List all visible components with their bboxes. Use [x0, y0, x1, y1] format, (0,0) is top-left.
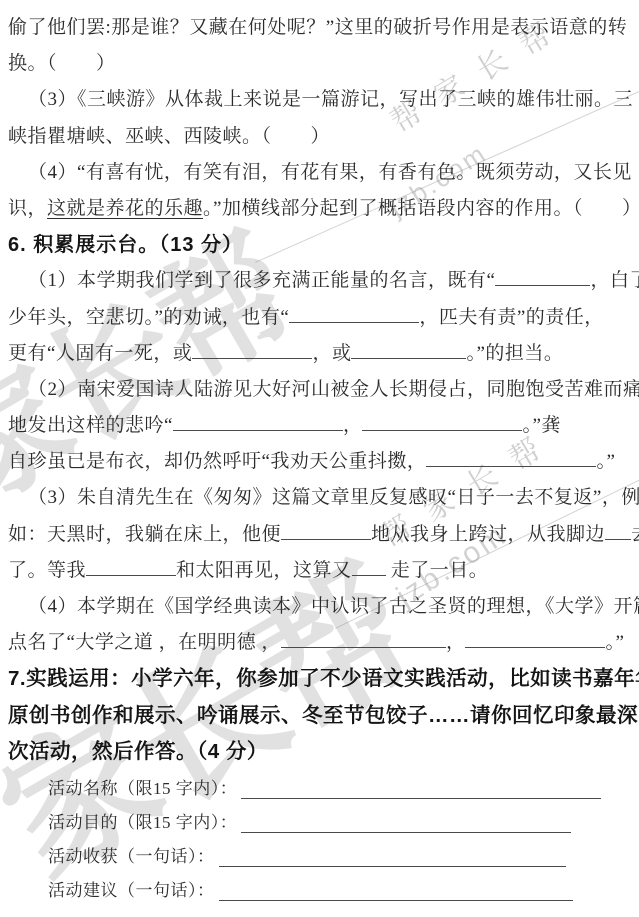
fill-in-blank — [86, 555, 176, 576]
fill-in-blank — [241, 778, 601, 799]
q6-item2-line2: 地发出这样的悲吟“，。”龚 — [8, 408, 631, 444]
text-segment: 地发出这样的悲吟“ — [8, 415, 173, 436]
activity-name-label: 活动名称（限15 字内）： — [48, 774, 237, 804]
q5-item3-line2: 峡指瞿塘峡、巫峡、西陵峡。（ ） — [8, 119, 631, 155]
q5-item2-line2: 换。（ ） — [8, 46, 631, 82]
activity-suggestion-row: 活动建议（一句话）： — [8, 872, 631, 906]
fill-in-blank — [219, 880, 574, 901]
text-segment: ，或 — [312, 343, 351, 364]
fill-in-blank — [605, 519, 631, 540]
text-segment: 自珍虽已是布衣，却仍然呼吁“我劝天公重抖擞， — [8, 451, 426, 472]
fill-in-blank — [352, 555, 386, 576]
text-segment: 了。等我 — [8, 560, 86, 581]
fill-in-blank — [289, 302, 419, 323]
text-segment: 。”加横线部分起到了概括语段内容的作用。（ ） — [203, 198, 639, 219]
text-segment: 如：天黑时，我躺在床上，他便 — [8, 524, 281, 545]
text-segment: 识， — [8, 198, 47, 219]
fill-in-blank — [219, 846, 567, 867]
q6-item4-line2: 点名了“大学之道 ，在明明德 ，，。” — [8, 625, 631, 661]
question-7-line2: 原创书创作和展示、吟诵展示、冬至节包饺子……请你回忆印象最深的一 — [8, 698, 631, 734]
text-segment: ，匹夫有责”的责任， — [419, 307, 603, 328]
question-7-line1: 7.实践运用：小学六年，你参加了不少语文实践活动，比如读书嘉年华、 — [8, 661, 631, 697]
q6-item1-line1: （1）本学期我们学到了很多充满正能量的名言，既有“，白了 — [8, 263, 631, 299]
text-segment: ， — [343, 415, 363, 436]
text-segment: 点名了“大学之道 ，在明明德 ， — [8, 632, 281, 653]
fill-in-blank — [281, 627, 446, 648]
q6-item3-line3: 了。等我和太阳再见，这算又 走了一日。 — [8, 553, 631, 589]
q6-item3-line2: 如：天黑时，我躺在床上，他便地从我身上跨过，从我脚边去 — [8, 517, 631, 553]
text-segment: 更有“人固有一死，或 — [8, 343, 192, 364]
q6-item1-line2: 少年头，空悲切。”的劝诫，也有“，匹夫有责”的责任， — [8, 300, 631, 336]
text-segment: （1）本学期我们学到了很多充满正能量的名言，既有“ — [28, 270, 495, 291]
exam-page-content: 偷了他们罢:那是谁？又藏在何处呢？”这里的破折号作用是表示语意的转 换。（ ） … — [0, 0, 639, 906]
question-7-line3: 次活动，然后作答。（4 分） — [8, 734, 631, 770]
q6-item2-line1: （2）南宋爱国诗人陆游见大好河山被金人长期侵占，同胞饱受苦难而痛苦 — [8, 372, 631, 408]
text-segment: 地从我身上跨过，从我脚边 — [371, 524, 605, 545]
text-segment: 。”龚 — [522, 415, 560, 436]
q5-item2-line1: 偷了他们罢:那是谁？又藏在何处呢？”这里的破折号作用是表示语意的转 — [8, 10, 631, 46]
fill-in-blank — [351, 338, 466, 359]
text-segment: 和太阳再见，这算又 — [176, 560, 352, 581]
fill-in-blank — [281, 519, 371, 540]
fill-in-blank — [241, 812, 571, 833]
q5-item4-line2: 识，这就是养花的乐趣。”加横线部分起到了概括语段内容的作用。（ ） — [8, 191, 631, 227]
question-6-heading: 6. 积累展示台。（13 分） — [8, 227, 631, 263]
activity-purpose-label: 活动目的（限15 字内）： — [48, 808, 237, 838]
underlined-phrase: 这就是养花的乐趣 — [47, 198, 203, 219]
q6-item1-line3: 更有“人固有一死，或，或。”的担当。 — [8, 336, 631, 372]
fill-in-blank — [465, 627, 605, 648]
q6-item4-line1: （4）本学期在《国学经典读本》中认识了古之圣贤的理想，《大学》开篇 — [8, 589, 631, 625]
text-segment: 走了一日。 — [386, 560, 489, 581]
activity-gain-label: 活动收获（一句话）： — [48, 842, 215, 872]
activity-purpose-row: 活动目的（限15 字内）： — [8, 804, 631, 838]
q5-item3-line1: （3）《三峡游》从体裁上来说是一篇游记，写出了三峡的雄伟壮丽。三 — [8, 82, 631, 118]
fill-in-blank — [362, 410, 522, 431]
q6-item3-line1: （3）朱自清先生在《匆匆》这篇文章里反复感叹“日子一去不复返”，例 — [8, 480, 631, 516]
text-segment: 。” — [596, 451, 615, 472]
fill-in-blank — [192, 338, 312, 359]
activity-name-row: 活动名称（限15 字内）： — [8, 770, 631, 804]
text-segment: 少年头，空悲切。”的劝诫，也有“ — [8, 307, 289, 328]
fill-in-blank — [495, 265, 590, 286]
text-segment: 。” — [605, 632, 624, 653]
exam-paper-page: 家长帮 家长帮 帮家长帮 jzb.com 帮家长帮 jzb.com 偷了他们罢:… — [0, 0, 639, 917]
activity-suggestion-label: 活动建议（一句话）： — [48, 876, 215, 906]
q6-item2-line3: 自珍虽已是布衣，却仍然呼吁“我劝天公重抖擞，。” — [8, 444, 631, 480]
q5-item4-line1: （4）“有喜有忧，有笑有泪，有花有果，有香有色。既须劳动，又长见 — [8, 155, 631, 191]
fill-in-blank — [426, 446, 596, 467]
text-segment: 去 — [631, 524, 639, 545]
text-segment: 。”的担当。 — [466, 343, 563, 364]
fill-in-blank — [173, 410, 343, 431]
text-segment: ，白了 — [590, 270, 639, 291]
text-segment: ， — [446, 632, 466, 653]
activity-gain-row: 活动收获（一句话）： — [8, 838, 631, 872]
